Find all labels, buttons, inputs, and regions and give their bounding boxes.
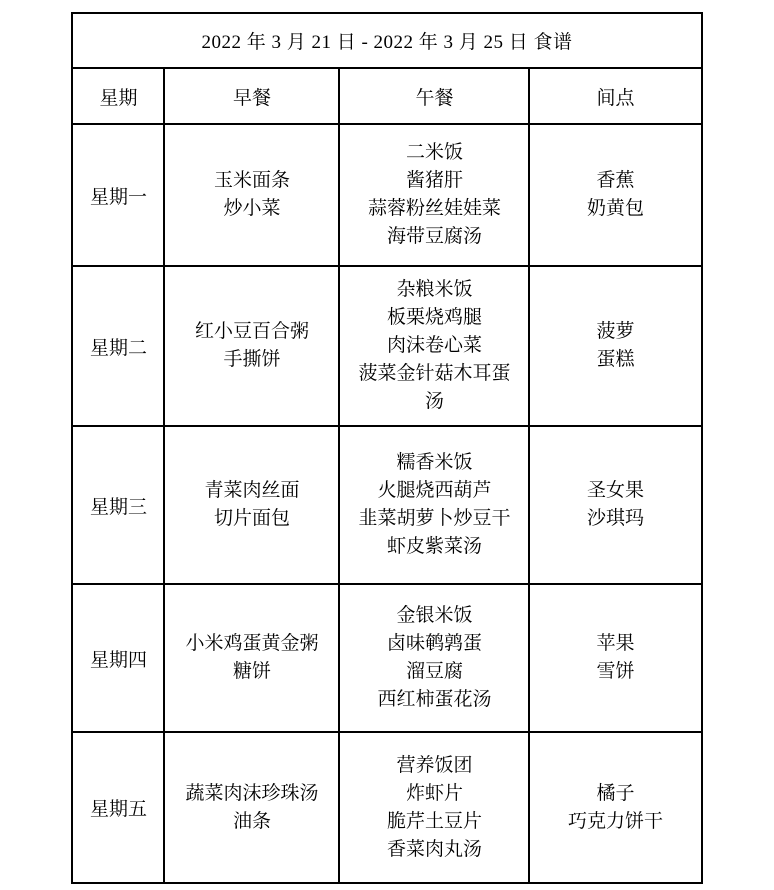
dish-name: 油条 xyxy=(165,808,338,836)
day-label: 星期一 xyxy=(72,124,164,266)
dish-name: 炒小菜 xyxy=(165,195,338,223)
dish-name: 海带豆腐汤 xyxy=(350,223,518,251)
table-title: 2022 年 3 月 21 日 - 2022 年 3 月 25 日 食谱 xyxy=(72,13,701,68)
dish-name: 肉沫卷心菜 xyxy=(350,332,518,360)
table-row-friday: 星期五 蔬菜肉沫珍珠汤 油条 营养饭团 炸虾片 脆芹土豆片 香菜肉丸汤 橘子 巧 xyxy=(72,732,701,883)
snack-cell: 香蕉 奶黄包 xyxy=(529,124,701,266)
dish-name: 菠萝 xyxy=(530,318,700,346)
dish-name: 炸虾片 xyxy=(350,780,518,808)
column-header-breakfast: 早餐 xyxy=(164,68,339,124)
dish-name: 金银米饭 xyxy=(350,602,518,630)
dish-name: 糖饼 xyxy=(165,658,338,686)
day-label: 星期二 xyxy=(72,266,164,426)
dish-name: 香蕉 xyxy=(530,167,700,195)
breakfast-cell: 小米鸡蛋黄金粥 糖饼 xyxy=(164,584,339,732)
column-header-day: 星期 xyxy=(72,68,164,124)
snack-cell: 菠萝 蛋糕 xyxy=(529,266,701,426)
table-row-monday: 星期一 玉米面条 炒小菜 二米饭 酱猪肝 蒜蓉粉丝娃娃菜 海带豆腐汤 香蕉 奶黄 xyxy=(72,124,701,266)
dish-name: 苹果 xyxy=(530,630,700,658)
dish-name: 蔬菜肉沫珍珠汤 xyxy=(165,780,338,808)
dish-name: 橘子 xyxy=(530,780,700,808)
table-row-thursday: 星期四 小米鸡蛋黄金粥 糖饼 金银米饭 卤味鹌鹑蛋 溜豆腐 西红柿蛋花汤 苹果 xyxy=(72,584,701,732)
breakfast-cell: 玉米面条 炒小菜 xyxy=(164,124,339,266)
dish-name: 二米饭 xyxy=(350,139,518,167)
dish-name: 蒜蓉粉丝娃娃菜 xyxy=(350,195,518,223)
dish-name: 溜豆腐 xyxy=(350,658,518,686)
snack-cell: 橘子 巧克力饼干 xyxy=(529,732,701,883)
dish-name: 营养饭团 xyxy=(350,752,518,780)
dish-name: 杂粮米饭 xyxy=(350,276,518,304)
lunch-cell: 营养饭团 炸虾片 脆芹土豆片 香菜肉丸汤 xyxy=(339,732,529,883)
column-header-snack: 间点 xyxy=(529,68,701,124)
snack-cell: 圣女果 沙琪玛 xyxy=(529,426,701,584)
title-row: 2022 年 3 月 21 日 - 2022 年 3 月 25 日 食谱 xyxy=(72,13,701,68)
dish-name: 奶黄包 xyxy=(530,195,700,223)
table-row-tuesday: 星期二 红小豆百合粥 手撕饼 杂粮米饭 板栗烧鸡腿 肉沫卷心菜 菠菜金针菇木耳蛋… xyxy=(72,266,701,426)
column-header-lunch: 午餐 xyxy=(339,68,529,124)
dish-name: 火腿烧西葫芦 xyxy=(350,477,518,505)
day-label: 星期三 xyxy=(72,426,164,584)
dish-name: 小米鸡蛋黄金粥 xyxy=(165,630,338,658)
dish-name: 蛋糕 xyxy=(530,346,700,374)
dish-name: 脆芹土豆片 xyxy=(350,808,518,836)
day-label: 星期四 xyxy=(72,584,164,732)
header-row: 星期 早餐 午餐 间点 xyxy=(72,68,701,124)
lunch-cell: 二米饭 酱猪肝 蒜蓉粉丝娃娃菜 海带豆腐汤 xyxy=(339,124,529,266)
breakfast-cell: 青菜肉丝面 切片面包 xyxy=(164,426,339,584)
dish-name: 板栗烧鸡腿 xyxy=(350,304,518,332)
breakfast-cell: 红小豆百合粥 手撕饼 xyxy=(164,266,339,426)
dish-name: 酱猪肝 xyxy=(350,167,518,195)
lunch-cell: 杂粮米饭 板栗烧鸡腿 肉沫卷心菜 菠菜金针菇木耳蛋汤 xyxy=(339,266,529,426)
day-label: 星期五 xyxy=(72,732,164,883)
dish-name: 西红柿蛋花汤 xyxy=(350,686,518,714)
dish-name: 卤味鹌鹑蛋 xyxy=(350,630,518,658)
dish-name: 虾皮紫菜汤 xyxy=(350,533,518,561)
dish-name: 菠菜金针菇木耳蛋汤 xyxy=(350,360,518,416)
dish-name: 玉米面条 xyxy=(165,167,338,195)
snack-cell: 苹果 雪饼 xyxy=(529,584,701,732)
table-row-wednesday: 星期三 青菜肉丝面 切片面包 糯香米饭 火腿烧西葫芦 韭菜胡萝卜炒豆干 虾皮紫菜… xyxy=(72,426,701,584)
dish-name: 圣女果 xyxy=(530,477,700,505)
document-page: 2022 年 3 月 21 日 - 2022 年 3 月 25 日 食谱 星期 … xyxy=(0,0,774,890)
dish-name: 香菜肉丸汤 xyxy=(350,836,518,864)
breakfast-cell: 蔬菜肉沫珍珠汤 油条 xyxy=(164,732,339,883)
dish-name: 切片面包 xyxy=(165,505,338,533)
dish-name: 巧克力饼干 xyxy=(530,808,700,836)
dish-name: 雪饼 xyxy=(530,658,700,686)
dish-name: 手撕饼 xyxy=(165,346,338,374)
lunch-cell: 金银米饭 卤味鹌鹑蛋 溜豆腐 西红柿蛋花汤 xyxy=(339,584,529,732)
lunch-cell: 糯香米饭 火腿烧西葫芦 韭菜胡萝卜炒豆干 虾皮紫菜汤 xyxy=(339,426,529,584)
weekly-menu-table: 2022 年 3 月 21 日 - 2022 年 3 月 25 日 食谱 星期 … xyxy=(71,12,702,884)
dish-name: 韭菜胡萝卜炒豆干 xyxy=(350,505,518,533)
dish-name: 糯香米饭 xyxy=(350,449,518,477)
dish-name: 红小豆百合粥 xyxy=(165,318,338,346)
dish-name: 青菜肉丝面 xyxy=(165,477,338,505)
dish-name: 沙琪玛 xyxy=(530,505,700,533)
